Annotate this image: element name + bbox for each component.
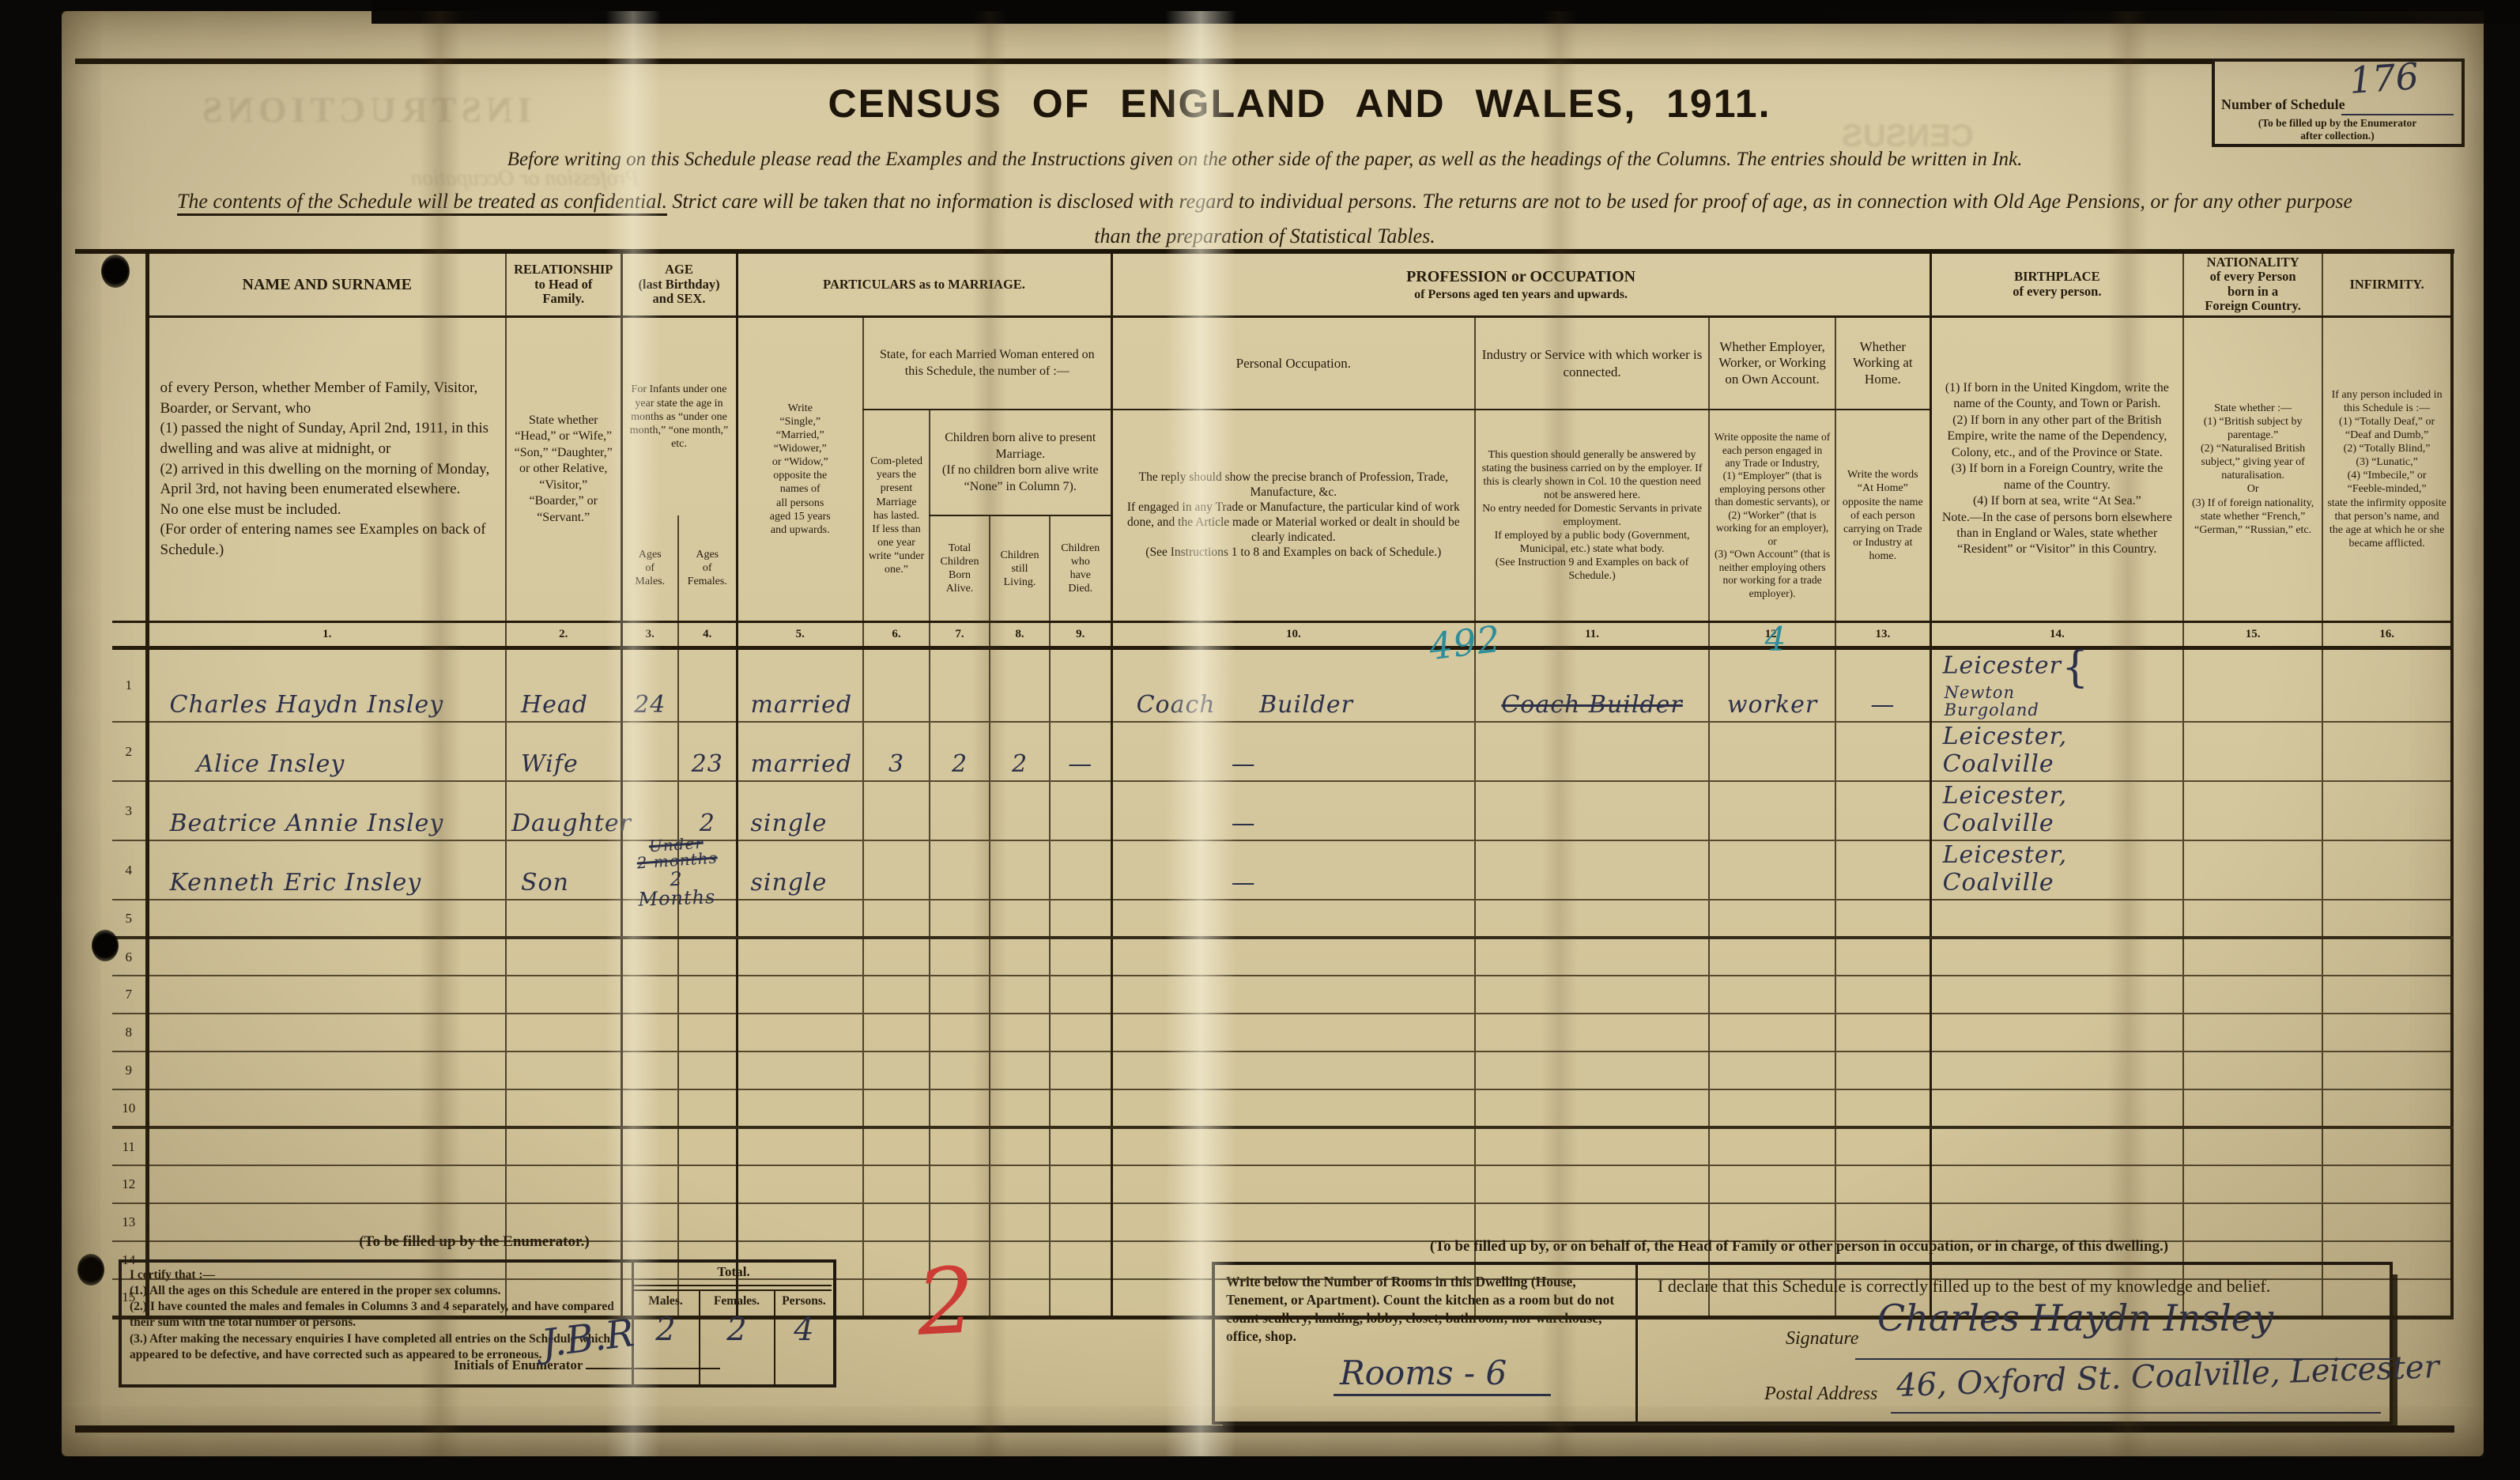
col-group-relationship: RELATIONSHIP to Head of Family. xyxy=(506,254,621,316)
col-number: 14. xyxy=(1930,621,2183,647)
declaration-box: Write below the Number of Rooms in this … xyxy=(1212,1262,2393,1425)
employer-desc: Write opposite the name of each person e… xyxy=(1709,410,1835,621)
col-desc-name: of every Person, whether Member of Famil… xyxy=(147,316,506,621)
postal-address-line xyxy=(1891,1412,2381,1414)
males-label: Males. xyxy=(634,1294,697,1308)
signature-label: Signature xyxy=(1786,1328,1858,1350)
punch-hole xyxy=(92,930,119,961)
females-total: 2 xyxy=(701,1312,772,1348)
schedule-number-value: 176 xyxy=(2348,55,2420,102)
rooms-value: Rooms - 6 xyxy=(1334,1354,1551,1396)
children-header: Children born alive to present Marriage.… xyxy=(930,410,1111,515)
col-number: 16. xyxy=(2322,621,2452,647)
enumerator-code-mark: 492 xyxy=(1427,617,1503,669)
entry-relationship: Daughter xyxy=(506,781,621,840)
children-died-label: Children who have Died. xyxy=(1050,515,1111,621)
entry-industry: Coach Builder xyxy=(1475,647,1709,722)
row-number: 7 xyxy=(112,976,147,1014)
col-number: 5. xyxy=(737,621,863,647)
entry-age-infant: Under 2 months2 Months xyxy=(621,840,678,900)
page-title: CENSUS OF ENGLAND AND WALES, 1911. xyxy=(390,81,2209,126)
table-row: 12 xyxy=(112,1165,2452,1203)
ages-males-label: Ages of Males. xyxy=(621,515,678,621)
col-desc-infirmity: If any person included in this Schedule … xyxy=(2322,316,2452,621)
row-number: 12 xyxy=(112,1165,147,1203)
persons-total: 4 xyxy=(776,1312,832,1348)
row-number: 4 xyxy=(112,840,147,900)
intro-instruction: Before writing on this Schedule please r… xyxy=(237,149,2292,171)
postal-address-value: 46, Oxford St. Coalville, Leicester xyxy=(1896,1349,2439,1404)
col-desc-nationality: State whether :— (1) “British subject by… xyxy=(2183,316,2322,621)
col-number: 15. xyxy=(2183,621,2322,647)
row-number: 3 xyxy=(112,781,147,840)
col-number: 11. xyxy=(1475,621,1709,647)
married-woman-header: State, for each Married Woman entered on… xyxy=(863,316,1111,410)
row-number: 9 xyxy=(112,1051,147,1089)
children-born-label: Total Children Born Alive. xyxy=(930,515,990,621)
schedule-number-label: Number of Schedule xyxy=(2221,96,2345,113)
col-desc-age: For Infants under one year state the age… xyxy=(621,316,737,515)
home-desc: Write the words “At Home” opposite the n… xyxy=(1835,410,1930,621)
table-row: 8 xyxy=(112,1014,2452,1051)
females-label: Females. xyxy=(701,1294,772,1308)
top-rule xyxy=(75,59,2214,64)
table-row: 2 Alice Insley Wife 23 married 3 2 2 — —… xyxy=(112,722,2452,781)
col-number: 3. xyxy=(621,621,678,647)
table-row: 9 xyxy=(112,1051,2452,1089)
row-number: 10 xyxy=(112,1089,147,1127)
col-number: 4. xyxy=(678,621,737,647)
occupation-desc: The reply should show the precise branch… xyxy=(1111,410,1475,621)
table-row: 7 xyxy=(112,976,2452,1014)
row-number: 5 xyxy=(112,900,147,938)
entry-birthplace: Leicester, Coalville xyxy=(1930,722,2183,781)
entry-name: Beatrice Annie Insley xyxy=(147,781,506,840)
col-number: 13. xyxy=(1835,621,1930,647)
entry-relationship: Son xyxy=(506,840,621,900)
col-number: 8. xyxy=(990,621,1050,647)
entry-employment-status: 4worker xyxy=(1709,647,1835,722)
col-group-birthplace: BIRTHPLACE of every person. xyxy=(1930,254,2183,316)
census-table: NAME AND SURNAME RELATIONSHIP to Head of… xyxy=(112,254,2454,1320)
col-desc-relationship: State whether “Head,” or “Wife,” “Son,” … xyxy=(506,316,621,621)
entry-relationship: Wife xyxy=(506,722,621,781)
col-number: 6. xyxy=(863,621,930,647)
punch-hole xyxy=(77,1254,104,1286)
row-number: 13 xyxy=(112,1203,147,1241)
total-rule xyxy=(634,1285,832,1291)
children-living-label: Children still Living. xyxy=(990,515,1050,621)
table-row: 6 xyxy=(112,938,2452,976)
entry-occupation: — xyxy=(1111,840,1475,900)
entry-children-living: 2 xyxy=(990,722,1050,781)
col-group-marriage: PARTICULARS as to MARRIAGE. xyxy=(737,254,1111,316)
entry-age-female: 23 xyxy=(678,722,737,781)
entry-marital: single xyxy=(737,840,863,900)
table-row: 10 xyxy=(112,1089,2452,1127)
enumerator-section-heading: (To be filled up by the Enumerator.) xyxy=(198,1233,751,1251)
confidential-notice: The contents of the Schedule will be tre… xyxy=(75,190,2454,213)
col-number: 9. xyxy=(1050,621,1111,647)
schedule-number-box: Number of Schedule 176 (To be filled up … xyxy=(2212,59,2465,147)
red-checkmark-numeral: 2 xyxy=(915,1248,978,1357)
signature-value: Charles Haydn Insley xyxy=(1877,1297,2273,1339)
col-number: 10. xyxy=(1111,621,1475,647)
confidential-rest: Strict care will be taken that no inform… xyxy=(672,190,2352,213)
entry-years-married: 3 xyxy=(863,722,930,781)
entry-marital: married xyxy=(737,647,863,722)
table-row: 11 xyxy=(112,1127,2452,1165)
col-group-profession: PROFESSION or OCCUPATIONof Persons aged … xyxy=(1111,254,1930,316)
industry-desc: This question should generally be answer… xyxy=(1475,410,1709,621)
entry-marital: married xyxy=(737,722,863,781)
declaration-section-heading: (To be filled up by, or on behalf of, th… xyxy=(1209,1238,2389,1255)
col-number: 2. xyxy=(506,621,621,647)
industry-label: Industry or Service with which worker is… xyxy=(1475,316,1709,410)
years-married-desc: Com-pleted years the present Marriage ha… xyxy=(863,410,930,621)
header-group-row: NAME AND SURNAME RELATIONSHIP to Head of… xyxy=(112,254,2452,316)
entry-marital: single xyxy=(737,781,863,840)
col-group-infirmity: INFIRMITY. xyxy=(2322,254,2452,316)
column-number-row: 1. 2. 3. 4. 5. 6. 7. 8. 9. 10. 11. 12. 1… xyxy=(112,621,2452,647)
enumerator-code-mark: 4 xyxy=(1765,620,1787,659)
col-group-name: NAME AND SURNAME xyxy=(147,254,506,316)
entry-name: Charles Haydn Insley xyxy=(147,647,506,722)
row-number: 2 xyxy=(112,722,147,781)
entry-age-male: 24 xyxy=(621,647,678,722)
entry-occupation: — xyxy=(1111,722,1475,781)
table-row: 1 Charles Haydn Insley Head 24 married C… xyxy=(112,647,2452,722)
punch-hole xyxy=(101,255,130,288)
col-desc-marital: Write “Single,” “Married,” “Widower,” or… xyxy=(737,316,863,621)
entry-occupation: — xyxy=(1111,781,1475,840)
entry-name: Alice Insley xyxy=(147,722,506,781)
page-top-shadow xyxy=(372,0,2520,24)
table-row: 3 Beatrice Annie Insley Daughter 2 singl… xyxy=(112,781,2452,840)
postal-address-label: Postal Address xyxy=(1764,1384,1877,1405)
bottom-rule xyxy=(75,1425,2454,1433)
table-row: 4 Kenneth Eric Insley Son Under 2 months… xyxy=(112,840,2452,900)
entry-children-born: 2 xyxy=(930,722,990,781)
col-group-nationality: NATIONALITY of every Person born in a Fo… xyxy=(2183,254,2322,316)
declaration-statement: I declare that this Schedule is correctl… xyxy=(1658,1276,2385,1297)
table-row: 5 xyxy=(112,900,2452,938)
col-desc-birthplace: (1) If born in the United Kingdom, write… xyxy=(1930,316,2183,621)
entry-birthplace: Leicester, Coalville xyxy=(1930,781,2183,840)
total-label: Total. xyxy=(634,1264,833,1280)
employer-label: Whether Employer, Worker, or Working on … xyxy=(1709,316,1835,410)
entry-name: Kenneth Eric Insley xyxy=(147,840,506,900)
ages-females-label: Ages of Females. xyxy=(678,515,737,621)
row-number: 1 xyxy=(112,647,147,722)
confidential-notice-cont: than the preparation of Statistical Tabl… xyxy=(75,225,2454,248)
col-number: 7. xyxy=(930,621,990,647)
entry-working-at-home: — xyxy=(1835,647,1930,722)
entry-birthplace: Leicester{Newton Burgoland xyxy=(1930,647,2183,722)
enumerator-box: I certify that :— (1.) All the ages on t… xyxy=(119,1259,836,1387)
entry-children-died: — xyxy=(1050,722,1111,781)
header-desc-row-1: of every Person, whether Member of Famil… xyxy=(112,316,2452,410)
males-total: 2 xyxy=(634,1312,697,1348)
occupation-label: Personal Occupation. xyxy=(1111,316,1475,410)
persons-label: Persons. xyxy=(776,1294,832,1308)
row-number: 11 xyxy=(112,1127,147,1165)
rooms-instruction: Write below the Number of Rooms in this … xyxy=(1215,1265,1635,1346)
entry-age-female: 2 xyxy=(678,781,737,840)
entry-birthplace: Leicester, Coalville xyxy=(1930,840,2183,900)
confidential-lead: The contents of the Schedule will be tre… xyxy=(177,190,667,216)
home-label: Whether Working at Home. xyxy=(1835,316,1930,410)
row-number: 8 xyxy=(112,1014,147,1051)
col-number: 1. xyxy=(147,621,506,647)
entry-relationship: Head xyxy=(506,647,621,722)
rooms-panel: Write below the Number of Rooms in this … xyxy=(1215,1265,1638,1421)
schedule-number-note: (To be filled up by the Enumerator after… xyxy=(2216,117,2458,142)
entry-occupation: Coach Builder492 xyxy=(1111,647,1475,722)
col-group-age: AGE (last Birthday) and SEX. xyxy=(621,254,737,316)
schedule-number-line xyxy=(2341,114,2454,115)
